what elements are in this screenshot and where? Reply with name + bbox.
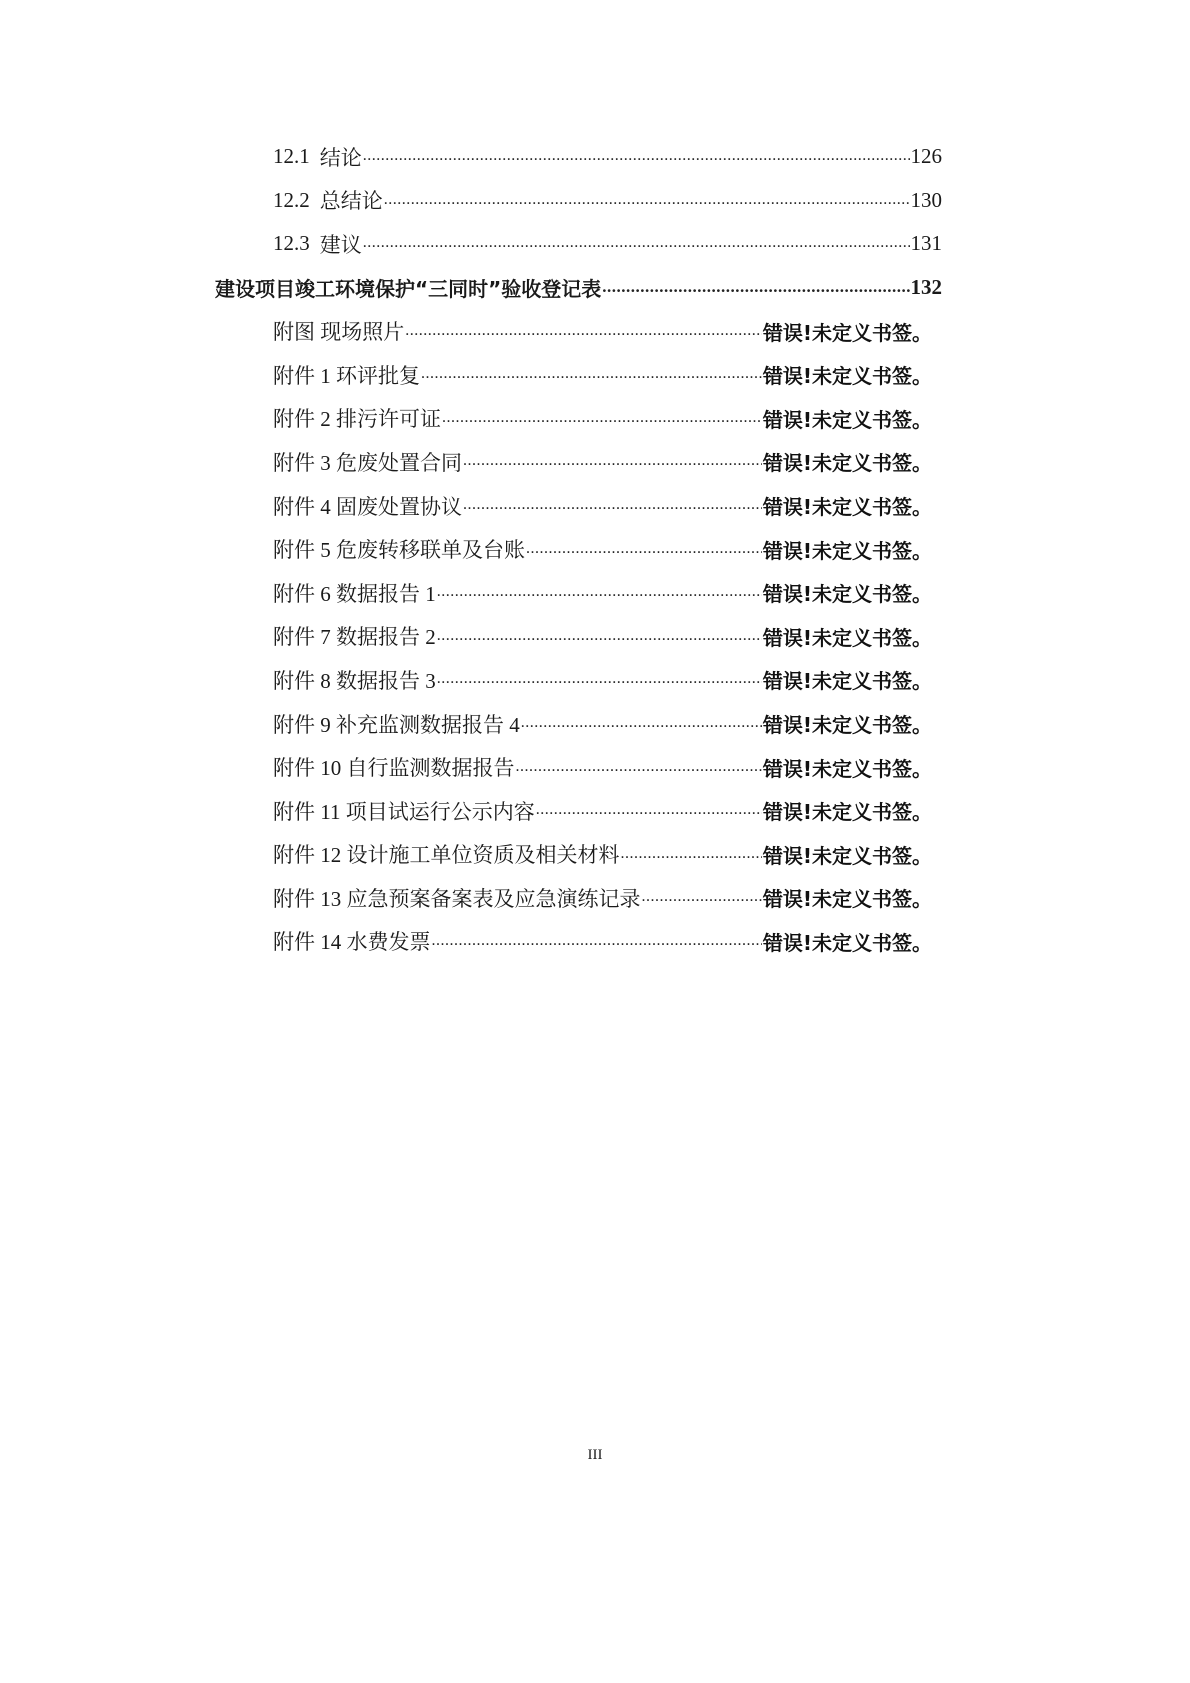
toc-entry-title: 附件 5 危废转移联单及台账 <box>273 534 525 564</box>
dot-leader <box>363 146 910 167</box>
bookmark-error-text: 错误!未定义书签。 <box>763 447 932 476</box>
toc-entry-12-1[interactable]: 12.1 结论 126 <box>273 135 942 179</box>
page-number-footer: III <box>0 1447 1190 1464</box>
toc-entry-attachment-6[interactable]: 附件 6 数据报告 1 错误!未定义书签。 <box>273 571 932 615</box>
toc-entry-title: 总结论 <box>320 185 383 215</box>
toc-entry-attachment-9[interactable]: 附件 9 补充监测数据报告 4 错误!未定义书签。 <box>273 702 932 746</box>
toc-entry-attachment-12[interactable]: 附件 12 设计施工单位资质及相关材料 错误!未定义书签。 <box>273 833 932 877</box>
bookmark-error-text: 错误!未定义书签。 <box>763 491 932 520</box>
toc-entry-title: 附件 13 应急预案备案表及应急演练记录 <box>273 883 641 913</box>
toc-entry-page: 130 <box>911 188 943 213</box>
dot-leader <box>642 887 762 908</box>
toc-chapter-title: 建设项目竣工环境保护“三同时”验收登记表 <box>215 273 601 302</box>
toc-entry-attachment-4[interactable]: 附件 4 固废处置协议 错误!未定义书签。 <box>273 484 932 528</box>
toc-entry-attachment-3[interactable]: 附件 3 危废处置合同 错误!未定义书签。 <box>273 440 932 484</box>
toc-entry-attachment-5[interactable]: 附件 5 危废转移联单及台账 错误!未定义书签。 <box>273 527 932 571</box>
bookmark-error-text: 错误!未定义书签。 <box>763 753 932 782</box>
bookmark-error-text: 错误!未定义书签。 <box>763 709 932 738</box>
dot-leader <box>363 233 910 254</box>
toc-entry-title: 附件 10 自行监测数据报告 <box>273 752 515 782</box>
toc-entry-number: 12.2 <box>273 188 310 213</box>
dot-leader <box>384 190 910 211</box>
toc-entry-title: 附件 8 数据报告 3 <box>273 665 436 695</box>
toc-entry-title: 附件 1 环评批复 <box>273 360 420 390</box>
dot-leader <box>621 844 762 865</box>
toc-entry-12-2[interactable]: 12.2 总结论 130 <box>273 179 942 223</box>
toc-entry-title: 附件 7 数据报告 2 <box>273 621 436 651</box>
toc-entry-title: 建议 <box>320 229 362 259</box>
dot-leader <box>463 495 762 516</box>
toc-entry-attachment-1[interactable]: 附件 1 环评批复 错误!未定义书签。 <box>273 353 932 397</box>
toc-entry-attachment-10[interactable]: 附件 10 自行监测数据报告 错误!未定义书签。 <box>273 745 932 789</box>
table-of-contents: 12.1 结论 126 12.2 总结论 130 12.3 建议 131 建设项… <box>0 135 1190 963</box>
dot-leader <box>602 277 909 298</box>
dot-leader <box>442 408 762 429</box>
toc-entry-title: 附件 14 水费发票 <box>273 926 431 956</box>
toc-entry-title: 附件 3 危废处置合同 <box>273 447 462 477</box>
bookmark-error-text: 错误!未定义书签。 <box>763 665 932 694</box>
toc-entry-number: 12.3 <box>273 231 310 256</box>
toc-entry-title: 附件 9 补充监测数据报告 4 <box>273 709 520 739</box>
dot-leader <box>432 931 762 952</box>
bookmark-error-text: 错误!未定义书签。 <box>763 927 932 956</box>
toc-entry-attachment-8[interactable]: 附件 8 数据报告 3 错误!未定义书签。 <box>273 658 932 702</box>
bookmark-error-text: 错误!未定义书签。 <box>763 317 932 346</box>
dot-leader <box>421 364 762 385</box>
dot-leader <box>516 757 762 778</box>
toc-entry-title: 附件 6 数据报告 1 <box>273 578 436 608</box>
toc-entry-title: 附图 现场照片 <box>273 316 404 346</box>
toc-entry-attachment-7[interactable]: 附件 7 数据报告 2 错误!未定义书签。 <box>273 615 932 659</box>
toc-entry-appendix-photos[interactable]: 附图 现场照片 错误!未定义书签。 <box>273 309 932 353</box>
bookmark-error-text: 错误!未定义书签。 <box>763 578 932 607</box>
bookmark-error-text: 错误!未定义书签。 <box>763 883 932 912</box>
bookmark-error-text: 错误!未定义书签。 <box>763 840 932 869</box>
dot-leader <box>437 626 762 647</box>
dot-leader <box>463 451 762 472</box>
dot-leader <box>536 800 762 821</box>
bookmark-error-text: 错误!未定义书签。 <box>763 535 932 564</box>
bookmark-error-text: 错误!未定义书签。 <box>763 404 932 433</box>
toc-entry-title: 附件 2 排污许可证 <box>273 403 441 433</box>
toc-entry-attachment-14[interactable]: 附件 14 水费发票 错误!未定义书签。 <box>273 920 932 964</box>
toc-entry-title: 结论 <box>320 142 362 172</box>
toc-entry-title: 附件 12 设计施工单位资质及相关材料 <box>273 839 620 869</box>
toc-entry-title: 附件 11 项目试运行公示内容 <box>273 796 535 826</box>
dot-leader <box>437 582 762 603</box>
toc-entry-attachment-2[interactable]: 附件 2 排污许可证 错误!未定义书签。 <box>273 397 932 441</box>
toc-entry-acceptance-registration-form[interactable]: 建设项目竣工环境保护“三同时”验收登记表 132 <box>215 266 942 310</box>
dot-leader <box>405 321 762 342</box>
toc-entry-number: 12.1 <box>273 144 310 169</box>
bookmark-error-text: 错误!未定义书签。 <box>763 622 932 651</box>
toc-entry-attachment-13[interactable]: 附件 13 应急预案备案表及应急演练记录 错误!未定义书签。 <box>273 876 932 920</box>
dot-leader <box>526 539 762 560</box>
toc-entry-page: 131 <box>911 231 943 256</box>
toc-entry-12-3[interactable]: 12.3 建议 131 <box>273 222 942 266</box>
toc-entry-attachment-11[interactable]: 附件 11 项目试运行公示内容 错误!未定义书签。 <box>273 789 932 833</box>
toc-chapter-page: 132 <box>911 275 943 300</box>
bookmark-error-text: 错误!未定义书签。 <box>763 796 932 825</box>
dot-leader <box>521 713 762 734</box>
toc-entry-page: 126 <box>911 144 943 169</box>
bookmark-error-text: 错误!未定义书签。 <box>763 360 932 389</box>
toc-entry-title: 附件 4 固废处置协议 <box>273 491 462 521</box>
dot-leader <box>437 669 762 690</box>
